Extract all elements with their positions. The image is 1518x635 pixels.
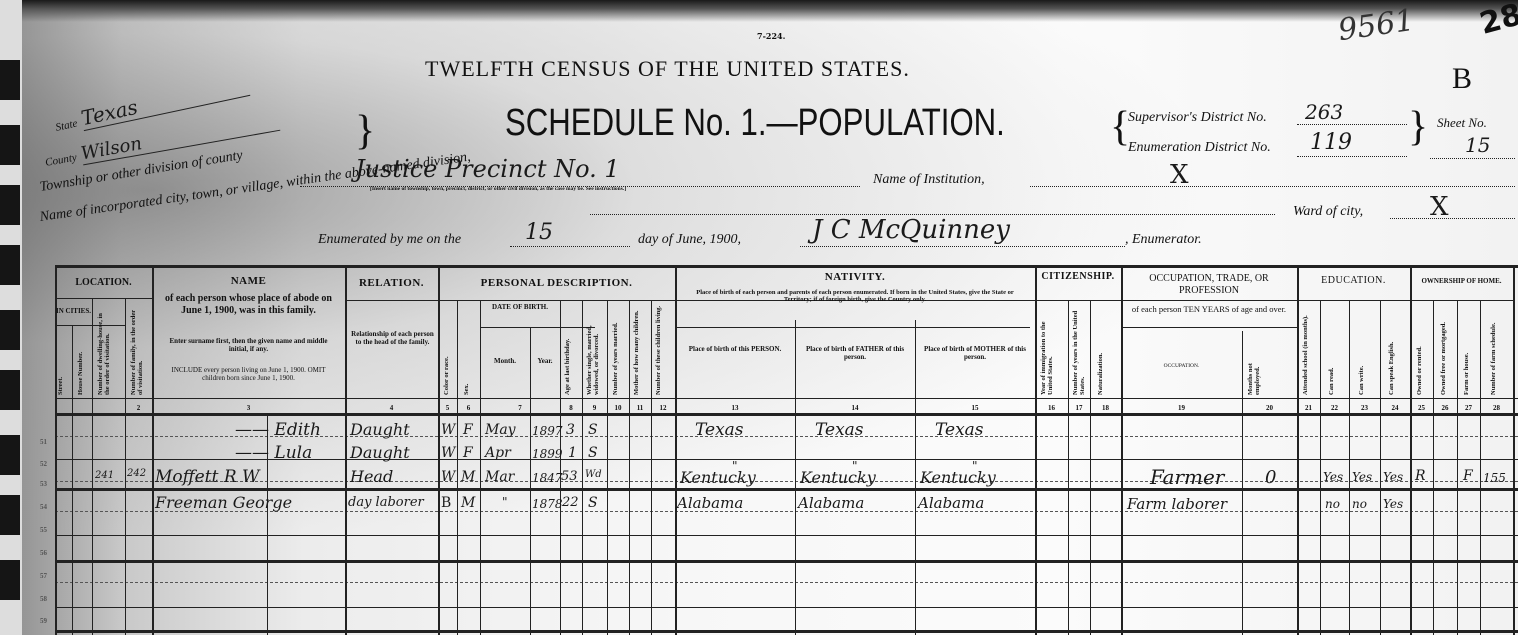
color-cell: B — [441, 495, 451, 511]
immigration-header: Year of immigration to the United States… — [1040, 305, 1054, 395]
institution-line — [1030, 172, 1515, 187]
owned-rented-header: Owned or rented. — [1416, 315, 1423, 395]
year-header: Year. — [530, 357, 560, 365]
enumerator-name: J C McQuinney — [812, 215, 1010, 245]
year-cell: 1878 — [532, 497, 563, 511]
line-number: 59 — [40, 617, 47, 625]
population-table: LOCATION. IN CITIES. Street. House Numbe… — [55, 265, 1518, 635]
col-num-9: 9 — [582, 404, 607, 412]
page-letter: B — [1452, 62, 1472, 96]
enumerated-day: 15 — [525, 220, 553, 245]
birth-father-cell: Texas — [815, 420, 864, 440]
col-num-8: 8 — [560, 404, 582, 412]
institution-value: X — [1170, 160, 1189, 190]
can-read-header: Can read. — [1328, 325, 1335, 395]
col-num-10: 10 — [607, 404, 629, 412]
name-instr2: INCLUDE every person living on June 1, 1… — [162, 366, 335, 382]
year-cell: 1847 — [532, 471, 563, 485]
col-num-5: 5 — [438, 404, 457, 412]
binding-strip — [0, 0, 22, 635]
enumerator-label: , Enumerator. — [1125, 232, 1202, 248]
relation-desc: Relationship of each person to the head … — [351, 330, 434, 346]
sex-header: Sex. — [463, 335, 470, 395]
birth-mother-cell: Alabama — [918, 494, 984, 512]
col-num-15: 15 — [915, 404, 1035, 412]
col-num-23: 23 — [1349, 404, 1380, 412]
relation-cell: day laborer — [348, 495, 424, 510]
name-header: NAME — [152, 275, 345, 288]
can-write-cell: no — [1352, 497, 1367, 511]
col-num-16: 16 — [1035, 404, 1068, 412]
attended-school-header: Attended school (in months). — [1302, 305, 1309, 395]
line-number: 57 — [40, 572, 47, 580]
birth-person-cell: Kentucky — [680, 468, 756, 487]
birth-mother-header: Place of birth of MOTHER of this person. — [920, 345, 1030, 361]
color-header: Color or race. — [443, 335, 450, 395]
name-instr1: Enter surname first, then the given name… — [162, 337, 335, 353]
col-num-14: 14 — [795, 404, 915, 412]
name-cell: —— Lula — [235, 443, 312, 463]
col-num-20: 20 — [1242, 404, 1297, 412]
ward-value: X — [1430, 192, 1449, 222]
family-cell: 242 — [127, 468, 146, 479]
house-number-header: House Number. — [77, 330, 84, 395]
col-num-12: 12 — [651, 404, 675, 412]
institution-label: Name of Institution, — [873, 172, 985, 188]
col-num-11: 11 — [629, 404, 651, 412]
color-cell: W — [441, 469, 455, 485]
col-num-24: 24 — [1380, 404, 1410, 412]
line-number: 53 — [40, 480, 47, 488]
occupation-cell: Farm laborer — [1127, 495, 1227, 513]
can-read-cell: no — [1325, 497, 1340, 511]
ownership-header: OWNERSHIP OF HOME. — [1410, 277, 1513, 285]
occupation-desc: of each person TEN YEARS of age and over… — [1125, 305, 1293, 315]
col-num-18: 18 — [1090, 404, 1121, 412]
sheet-value: 15 — [1465, 133, 1490, 157]
ward-line — [1390, 204, 1515, 219]
relation-cell: Head — [350, 467, 393, 486]
township-hint: [Insert name of township, town, precinct… — [370, 186, 626, 192]
can-speak-english-header: Can speak English. — [1388, 315, 1395, 395]
farm-schedule-header: Number of farm schedule. — [1490, 305, 1497, 395]
location-header: LOCATION. — [55, 277, 152, 289]
birth-mother-cell: Kentucky — [920, 468, 996, 487]
birth-person-header: Place of birth of this PERSON. — [680, 345, 790, 353]
col-num-19: 19 — [1121, 404, 1242, 412]
in-cities-header: IN CITIES. — [55, 307, 92, 315]
month-cell: Mar — [485, 469, 514, 485]
col-num-7: 7 — [480, 404, 560, 412]
line-number: 58 — [40, 595, 47, 603]
name-cell: —— Edith — [235, 420, 321, 440]
age-cell: 22 — [562, 495, 579, 510]
dob-header: DATE OF BIRTH. — [480, 303, 560, 311]
enumerated-label: Enumerated by me on the — [318, 232, 461, 248]
family-header: Number of family, in the order of visita… — [130, 305, 144, 395]
ed-value: 119 — [1310, 130, 1352, 155]
occupation-header: OCCUPATION, TRADE, OR PROFESSION — [1121, 273, 1297, 296]
year-cell: 1899 — [532, 447, 563, 461]
line-number: 55 — [40, 526, 47, 534]
birth-father-header: Place of birth of FATHER of this person. — [800, 345, 910, 361]
birth-mother-cell: Texas — [935, 420, 984, 440]
col-num-21: 21 — [1297, 404, 1320, 412]
census-page: 7-224. TWELFTH CENSUS OF THE UNITED STAT… — [0, 0, 1518, 635]
marital-cell: Wd — [585, 469, 602, 480]
city-line — [590, 200, 1275, 215]
nativity-header: NATIVITY. — [675, 271, 1035, 284]
marital-cell: S — [588, 445, 598, 461]
year-cell: 1897 — [532, 424, 563, 438]
years-married-header: Number of years married. — [612, 305, 619, 395]
can-read-cell: Yes — [1323, 470, 1343, 484]
marital-header: Whether single, married, widowed, or div… — [586, 305, 600, 395]
state-county-brace: } — [355, 110, 375, 152]
education-header: EDUCATION. — [1297, 275, 1410, 287]
census-title: TWELFTH CENSUS OF THE UNITED STATES. — [425, 56, 910, 82]
street-header: Street. — [57, 330, 64, 395]
month-cell: " — [502, 495, 508, 509]
age-cell: 3 — [566, 422, 575, 438]
col-num-4: 4 — [345, 404, 438, 412]
age-cell: 53 — [561, 469, 578, 484]
ed-label: Enumeration District No. — [1128, 140, 1271, 156]
occupation-cell: Farmer — [1150, 465, 1224, 489]
mother-of-header: Mother of how many children. — [633, 305, 640, 395]
birth-father-cell: Alabama — [798, 494, 864, 512]
name-desc: of each person whose place of abode on J… — [162, 293, 335, 316]
farm-house-cell: F — [1463, 468, 1473, 484]
relation-cell: Daught — [350, 420, 410, 439]
years-in-us-header: Number of years in the United States. — [1072, 305, 1086, 395]
col-num-22: 22 — [1320, 404, 1349, 412]
supervisor-label: Supervisor's District No. — [1128, 110, 1267, 126]
col-num-3: 3 — [152, 404, 345, 412]
marital-cell: S — [588, 495, 598, 511]
occupation-col-header: OCCUPATION. — [1121, 363, 1242, 369]
line-number: 56 — [40, 549, 47, 557]
farm-house-header: Farm or house. — [1463, 325, 1470, 395]
col-num-25: 25 — [1410, 404, 1433, 412]
dwelling-cell: 241 — [95, 470, 114, 481]
marital-cell: S — [588, 422, 598, 438]
col-num-27: 27 — [1457, 404, 1480, 412]
col-num-17: 17 — [1068, 404, 1090, 412]
sex-cell: F — [463, 445, 473, 461]
birth-person-cell: Texas — [695, 420, 744, 440]
can-write-cell: Yes — [1352, 470, 1372, 484]
col-num-26: 26 — [1433, 404, 1457, 412]
can-write-header: Can write. — [1358, 325, 1365, 395]
age-cell: 1 — [568, 445, 577, 461]
col-num-6: 6 — [457, 404, 480, 412]
district-brace-right: } — [1408, 106, 1428, 148]
nativity-desc: Place of birth of each person and parent… — [685, 289, 1025, 304]
col-num-2: 2 — [125, 404, 152, 412]
month-header: Month. — [480, 357, 530, 365]
line-number: 52 — [40, 460, 47, 468]
line-number: 51 — [40, 438, 47, 446]
farm-schedule-cell: 155 — [1483, 471, 1506, 485]
citizenship-header: CITIZENSHIP. — [1035, 271, 1121, 283]
name-cell: Moffett R W — [155, 467, 260, 487]
owned-free-header: Owned free or mortgaged. — [1440, 305, 1447, 395]
sex-cell: M — [461, 469, 475, 485]
ward-label: Ward of city, — [1293, 204, 1363, 220]
month-cell: Apr — [485, 445, 511, 461]
sex-cell: M — [461, 495, 475, 511]
sheet-label: Sheet No. — [1437, 115, 1487, 131]
children-living-header: Number of these children living. — [655, 305, 662, 395]
birth-father-cell: Kentucky — [800, 468, 876, 487]
scan-shadow — [0, 0, 1518, 22]
naturalization-header: Naturalization. — [1097, 325, 1104, 395]
month-cell: May — [485, 422, 516, 438]
dwelling-header: Number of dwelling-house, in the order o… — [97, 305, 111, 395]
personal-header: PERSONAL DESCRIPTION. — [438, 277, 675, 290]
birth-person-cell: Alabama — [677, 494, 743, 512]
color-cell: W — [441, 445, 455, 461]
owned-rented-cell: R — [1415, 468, 1426, 484]
relation-header: RELATION. — [345, 277, 438, 290]
sex-cell: F — [463, 422, 473, 438]
schedule-title: SCHEDULE No. 1.—POPULATION. — [505, 102, 1005, 145]
form-number: 7-224. — [757, 31, 785, 41]
name-cell: Freeman George — [155, 493, 292, 512]
stamp-corner: 28 — [1476, 0, 1518, 42]
months-unemployed-header: Months not employed. — [1247, 335, 1261, 395]
col-num-28: 28 — [1480, 404, 1513, 412]
supervisor-value: 263 — [1305, 100, 1343, 124]
color-cell: W — [441, 422, 455, 438]
col-num-13: 13 — [675, 404, 795, 412]
can-speak-english-cell: Yes — [1383, 497, 1403, 511]
age-header: Age at last birthday. — [564, 305, 571, 395]
line-number: 54 — [40, 503, 47, 511]
can-speak-english-cell: Yes — [1383, 470, 1403, 484]
june-label: day of June, 1900, — [638, 232, 741, 248]
relation-cell: Daught — [350, 443, 410, 462]
months-unemployed-cell: 0 — [1265, 467, 1276, 488]
